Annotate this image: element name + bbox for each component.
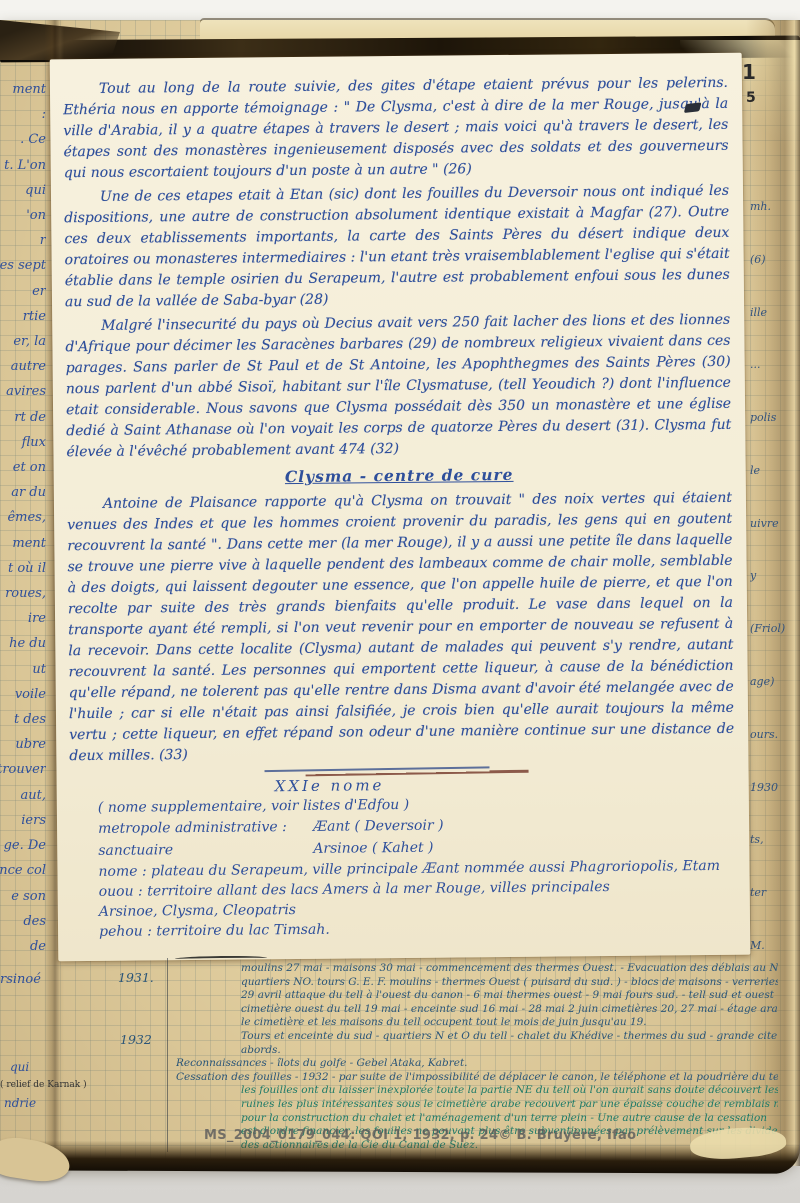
text-fragment: autre (11, 359, 46, 374)
nome-row-label: sanctuaire (98, 838, 313, 862)
text-fragment: rtie (23, 309, 46, 324)
text-fragment: ours. (750, 728, 778, 741)
text-fragment: roues, (5, 586, 46, 601)
note-line: 29 avril attaque du tell à l'ouest du ca… (241, 989, 778, 1003)
note-line: moulins 27 mai - maisons 30 mai - commen… (241, 962, 778, 976)
text-fragment: ts, (750, 833, 764, 846)
left-page-text-fragments: ment:. Cet. L'onqui'onrles septerrtieer,… (0, 82, 46, 954)
text-fragment: ment (12, 82, 46, 97)
note-line-cessation: Cessation des fouilles - 1932 - par suit… (176, 1071, 778, 1085)
note-line: pour la construction du chalet et l'amén… (241, 1112, 778, 1126)
note-line: Tours et enceinte du sud - quartiers N e… (241, 1030, 778, 1044)
paragraph-etapes-monasteres: Une de ces etapes etait à Etan (sic) don… (64, 181, 730, 313)
text-fragment: mh. (750, 200, 771, 213)
nome-row-label: metropole administrative : (98, 816, 313, 840)
text-fragment: age) (750, 675, 774, 688)
left-page-fragment: rsinoé (0, 972, 41, 987)
note-line: ruines les plus intéressantes sous le ci… (241, 1098, 778, 1112)
paragraph-religieux: Malgré l'insecurité du pays où Decius av… (65, 310, 731, 463)
scanned-manuscript-photo: ment:. Cet. L'onqui'onrles septerrtieer,… (0, 0, 800, 1203)
text-fragment: ge. De (4, 838, 46, 853)
text-fragment: avires (6, 384, 46, 399)
text-fragment: ance col (0, 863, 46, 878)
text-fragment: et on (13, 460, 46, 475)
year-label-1931: 1931. (118, 970, 154, 985)
text-fragment: polis (750, 411, 776, 424)
paragraph-route-pilgrims: Tout au long de la route suivie, des git… (63, 73, 729, 184)
watermark-credit: © B. Bruyère, Ifao (498, 1128, 636, 1143)
text-fragment: (Friol) (750, 622, 785, 635)
text-fragment: he du (9, 636, 46, 651)
text-fragment: uivre (750, 517, 779, 530)
text-fragment: iers (21, 813, 46, 828)
text-fragment: des (23, 914, 46, 929)
worn-bottom-edge (0, 1140, 800, 1173)
nome-row-value: Æant ( Deversoir ) (313, 815, 444, 838)
nome-row-value: Arsinoe ( Kahet ) (313, 837, 433, 860)
nome-line-ouou: ouou : territoire allant des lacs Amers … (99, 876, 736, 922)
text-fragment: trouver (0, 762, 46, 777)
note-line: abords. (241, 1044, 778, 1058)
text-fragment: t des (14, 712, 46, 727)
text-fragment: t. L'on (4, 158, 46, 173)
folio-annotation-small: 5 (746, 90, 756, 106)
left-page-fragment: qui (10, 1060, 29, 1074)
manuscript-sheet: Tout au long de la route suivie, des git… (50, 53, 751, 962)
text-fragment: aut, (21, 788, 46, 803)
excavation-journal-notes: moulins 27 mai - maisons 30 mai - commen… (167, 958, 778, 1152)
note-line: les fouilles ont du laisser inexplorée t… (241, 1084, 778, 1098)
text-fragment: e son (11, 889, 46, 904)
text-fragment: 1930 (750, 781, 778, 794)
left-page-fragment-karnak: ( relief de Karnak ) (0, 1080, 87, 1090)
text-fragment: ubre (15, 737, 46, 752)
text-fragment: ar du (11, 485, 46, 500)
text-fragment: y (750, 569, 756, 582)
section-heading-clysma-cure: Clysma - centre de cure (67, 463, 732, 488)
text-fragment: ire (28, 611, 46, 626)
text-fragment: les sept (0, 258, 46, 273)
left-page-fragment: ndrie (4, 1096, 36, 1110)
text-fragment: . Ce (20, 132, 46, 147)
text-fragment: : (42, 107, 46, 122)
text-fragment: er, la (13, 334, 46, 349)
text-fragment: flux (22, 435, 46, 450)
text-fragment: 'on (26, 208, 46, 223)
folio-annotation: 1 (742, 60, 756, 84)
text-fragment: er (32, 284, 46, 299)
text-fragment: ment (12, 536, 46, 551)
text-fragment: êmes, (7, 510, 46, 525)
text-fragment: ... (750, 358, 761, 371)
note-line: cimetière ouest du tell 19 mai - enceint… (241, 1003, 778, 1017)
text-fragment: rt de (14, 410, 46, 425)
text-fragment: qui (25, 183, 46, 198)
nome-list: XXIe nome ( nome supplementaire, voir li… (70, 772, 737, 942)
text-fragment: (6) (750, 253, 766, 266)
text-fragment: r (40, 233, 46, 248)
text-fragment: t où il (8, 561, 46, 576)
text-fragment: ter (750, 886, 766, 899)
text-fragment: ut (32, 662, 46, 677)
text-fragment: le (750, 464, 760, 477)
note-line: le cimetière et les maisons du tell occu… (241, 1016, 778, 1030)
paragraph-antoine-plaisance: Antoine de Plaisance rapporte qu'à Clysm… (67, 488, 735, 767)
note-line-reconnaissances: Reconnaissances - îlots du golfe - Gebel… (176, 1057, 778, 1071)
squared-notebook-page: ment:. Cet. L'onqui'onrles septerrtieer,… (0, 20, 800, 1166)
text-fragment: voile (15, 687, 46, 702)
text-fragment: M. (750, 939, 765, 952)
year-label-1932: 1932 (120, 1032, 152, 1047)
text-fragment: ille (750, 306, 767, 319)
right-margin-text-fragments: mh.(6)ille...polisleuivrey(Friol)age)our… (750, 200, 798, 952)
note-line: quartiers NO. tours G. E. F. moulins - t… (241, 976, 778, 990)
text-fragment: de (30, 939, 46, 954)
